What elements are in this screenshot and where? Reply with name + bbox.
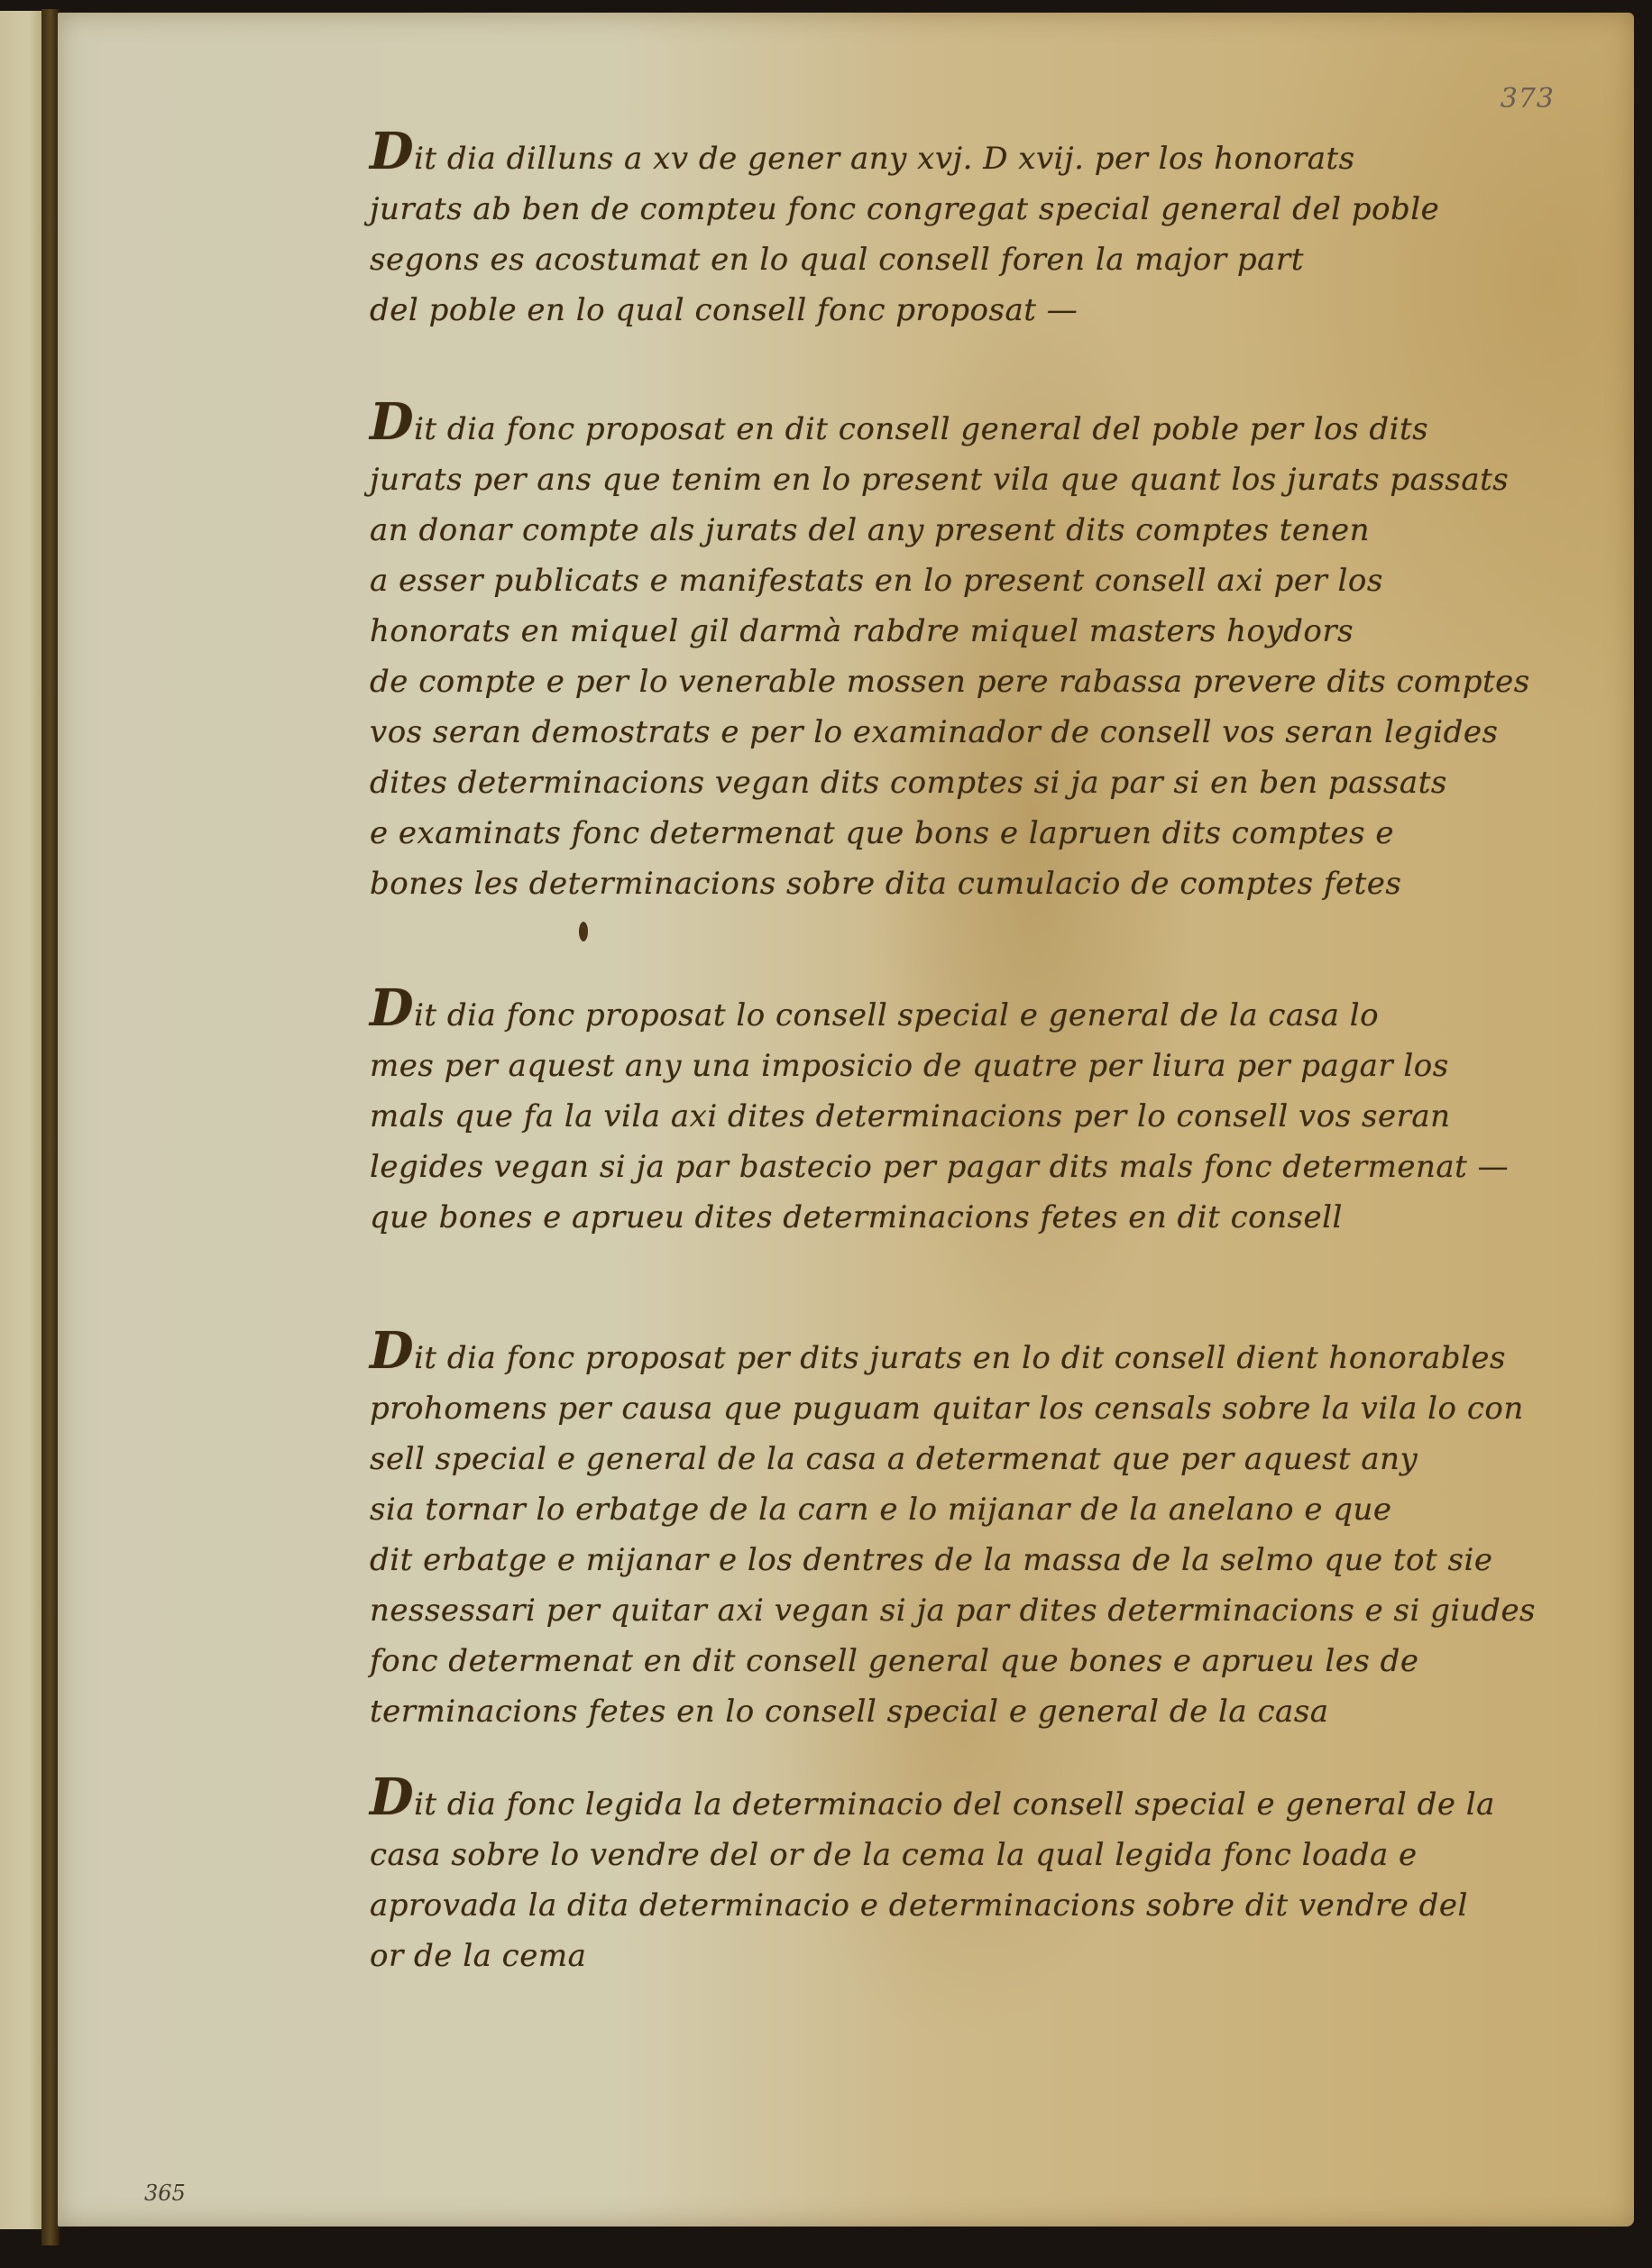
text-line: Dit dia fonc proposat lo consell special… <box>370 983 1497 1041</box>
entry-paragraph: Dit dia fonc proposat per dits jurats en… <box>370 1326 1497 1737</box>
text-line: vos seran demostrats e per lo examinador… <box>370 707 1497 758</box>
text-line: jurats ab ben de compteu fonc congregat … <box>370 184 1497 234</box>
text-line: de compte e per lo venerable mossen pere… <box>370 657 1497 707</box>
text-line: Dit dia dilluns a xv de gener any xvj. D… <box>370 126 1497 184</box>
text-line: nessessari per quitar axi vegan si ja pa… <box>370 1585 1497 1636</box>
entry-paragraph: Dit dia fonc legida la determinacio del … <box>370 1772 1497 1981</box>
folio-number: 373 <box>1501 83 1555 115</box>
ink-blot <box>579 922 588 941</box>
text-line: e examinats fonc determenat que bons e l… <box>370 808 1497 859</box>
text-line: Dit dia fonc proposat en dit consell gen… <box>370 397 1497 455</box>
archive-number: 365 <box>144 2181 186 2206</box>
text-line: prohomens per causa que puguam quitar lo… <box>370 1383 1497 1434</box>
text-line: mes per aquest any una imposicio de quat… <box>370 1041 1497 1091</box>
text-line: jurats per ans que tenim en lo present v… <box>370 455 1497 505</box>
left-page-edge <box>0 11 41 2229</box>
text-line: que bones e aprueu dites determinacions … <box>370 1192 1497 1243</box>
text-line: dites determinacions vegan dits comptes … <box>370 758 1497 808</box>
text-line: bones les determinacions sobre dita cumu… <box>370 859 1497 909</box>
entry-paragraph: Dit dia fonc proposat lo consell special… <box>370 983 1497 1243</box>
text-line: fonc determenat en dit consell general q… <box>370 1636 1497 1686</box>
text-line: dit erbatge e mijanar e los dentres de l… <box>370 1535 1497 1585</box>
entry-paragraph: Dit dia fonc proposat en dit consell gen… <box>370 397 1497 909</box>
text-line: segons es acostumat en lo qual consell f… <box>370 234 1497 285</box>
text-line: terminacions fetes en lo consell special… <box>370 1686 1497 1737</box>
text-line: Dit dia fonc legida la determinacio del … <box>370 1772 1497 1830</box>
text-line: sia tornar lo erbatge de la carn e lo mi… <box>370 1484 1497 1535</box>
book-gutter <box>41 9 60 2245</box>
text-line: casa sobre lo vendre del or de la cema l… <box>370 1830 1497 1880</box>
text-line: aprovada la dita determinacio e determin… <box>370 1880 1497 1931</box>
text-line: mals que fa la vila axi dites determinac… <box>370 1091 1497 1142</box>
text-line: or de la cema <box>370 1931 1497 1981</box>
text-line: sell special e general de la casa a dete… <box>370 1434 1497 1484</box>
text-line: honorats en miquel gil darmà rabdre miqu… <box>370 606 1497 657</box>
text-line: a esser publicats e manifestats en lo pr… <box>370 556 1497 606</box>
text-line: Dit dia fonc proposat per dits jurats en… <box>370 1326 1497 1383</box>
text-line: an donar compte als jurats del any prese… <box>370 505 1497 556</box>
text-line: legides vegan si ja par bastecio per pag… <box>370 1142 1497 1192</box>
entry-paragraph: Dit dia dilluns a xv de gener any xvj. D… <box>370 126 1497 335</box>
text-line: del poble en lo qual consell fonc propos… <box>370 285 1497 335</box>
